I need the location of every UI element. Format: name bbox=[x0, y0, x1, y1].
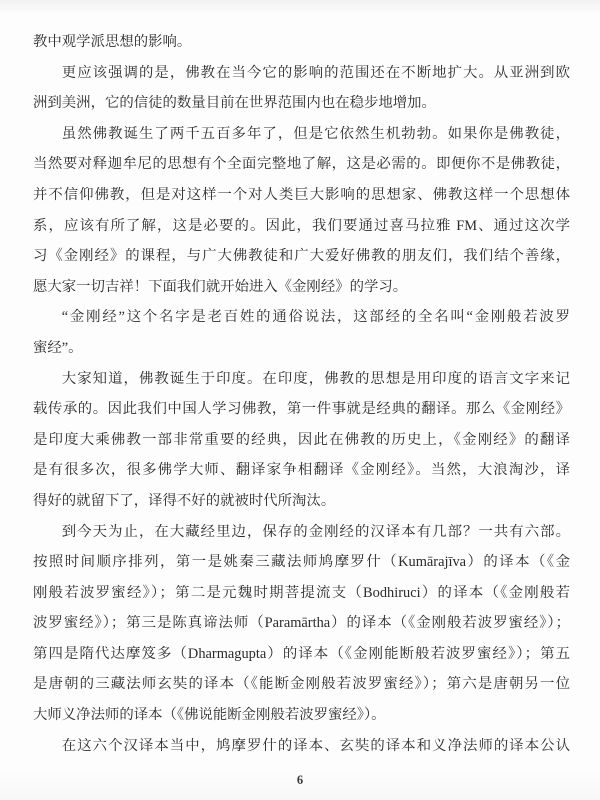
paragraph: 在这六个汉译本当中，鸠摩罗什的译本、玄奘的译本和义净法师的译本公认 bbox=[33, 731, 570, 762]
text-line: 按照时间顺序排列，第一是姚秦三藏法师鸠摩罗什（Kumārajīva）的译本（《金 bbox=[33, 547, 570, 578]
text-line: 到今天为止，在大藏经里边，保存的金刚经的汉译本有几部？一共有六部。 bbox=[33, 517, 570, 548]
text-line: 习《金刚经》的课程，与广大佛教徒和广大爱好佛教的朋友们，我们结个善缘， bbox=[33, 241, 570, 272]
text-line: 虽然佛教诞生了两千五百多年了，但是它依然生机勃勃。如果你是佛教徒， bbox=[33, 119, 570, 150]
document-page: 教中观学派思想的影响。更应该强调的是，佛教在当今它的影响的范围还在不断地扩大。从… bbox=[0, 0, 600, 800]
text-line: 洲到美洲，它的信徒的数量目前在世界范围内也在稳步地增加。 bbox=[33, 88, 570, 119]
text-line: 得好的就留下了，译得不好的就被时代所淘汰。 bbox=[33, 486, 570, 517]
text-line: 波罗蜜经》）；第三是陈真谛法师（Paramārtha）的译本（《金刚般若波罗蜜经… bbox=[33, 608, 570, 639]
text-line: 是唐朝的三藏法师玄奘的译本（《能断金刚般若波罗蜜经》）；第六是唐朝另一位 bbox=[33, 669, 570, 700]
paragraph: “金刚经”这个名字是老百姓的通俗说法，这部经的全名叫“金刚般若波罗蜜经”。 bbox=[33, 302, 570, 363]
page-number: 6 bbox=[0, 773, 600, 793]
paragraph: 更应该强调的是，佛教在当今它的影响的范围还在不断地扩大。从亚洲到欧洲到美洲，它的… bbox=[33, 58, 570, 119]
text-line: 当然要对释迦牟尼的思想有个全面完整地了解，这是必需的。即便你不是佛教徒， bbox=[33, 149, 570, 180]
text-line: 并不信仰佛教，但是对这样一个对人类巨大影响的思想家、佛教这样一个思想体 bbox=[33, 180, 570, 211]
text-line: “金刚经”这个名字是老百姓的通俗说法，这部经的全名叫“金刚般若波罗 bbox=[33, 302, 570, 333]
text-line: 第四是隋代达摩笈多（Dharmagupta）的译本（《金刚能断般若波罗蜜经》）；… bbox=[33, 639, 570, 670]
text-line: 载传承的。因此我们中国人学习佛教，第一件事就是经典的翻译。那么《金刚经》 bbox=[33, 394, 570, 425]
text-line: 教中观学派思想的影响。 bbox=[33, 27, 570, 58]
text-line: 是有很多次，很多佛学大师、翻译家争相翻译《金刚经》。当然，大浪淘沙，译 bbox=[33, 455, 570, 486]
text-line: 蜜经”。 bbox=[33, 333, 570, 364]
paragraph: 教中观学派思想的影响。 bbox=[33, 27, 570, 58]
paragraph: 到今天为止，在大藏经里边，保存的金刚经的汉译本有几部？一共有六部。按照时间顺序排… bbox=[33, 517, 570, 731]
text-line: 系，应该有所了解，这是必要的。因此，我们要通过喜马拉雅 FM、通过这次学 bbox=[33, 211, 570, 242]
text-line: 大师义净法师的译本（《佛说能断金刚般若波罗蜜经》）。 bbox=[33, 700, 570, 731]
text-line: 刚般若波罗蜜经》）；第二是元魏时期菩提流支（Bodhiruci）的译本（《金刚般… bbox=[33, 578, 570, 609]
text-line: 是印度大乘佛教一部非常重要的经典，因此在佛教的历史上，《金刚经》的翻译 bbox=[33, 425, 570, 456]
paragraph: 虽然佛教诞生了两千五百多年了，但是它依然生机勃勃。如果你是佛教徒，当然要对释迦牟… bbox=[33, 119, 570, 303]
page-content: 教中观学派思想的影响。更应该强调的是，佛教在当今它的影响的范围还在不断地扩大。从… bbox=[33, 27, 570, 761]
text-line: 愿大家一切吉祥！下面我们就开始进入《金刚经》的学习。 bbox=[33, 272, 570, 303]
paragraph: 大家知道，佛教诞生于印度。在印度，佛教的思想是用印度的语言文字来记载传承的。因此… bbox=[33, 364, 570, 517]
text-line: 更应该强调的是，佛教在当今它的影响的范围还在不断地扩大。从亚洲到欧 bbox=[33, 58, 570, 89]
text-line: 大家知道，佛教诞生于印度。在印度，佛教的思想是用印度的语言文字来记 bbox=[33, 364, 570, 395]
text-line: 在这六个汉译本当中，鸠摩罗什的译本、玄奘的译本和义净法师的译本公认 bbox=[33, 731, 570, 762]
